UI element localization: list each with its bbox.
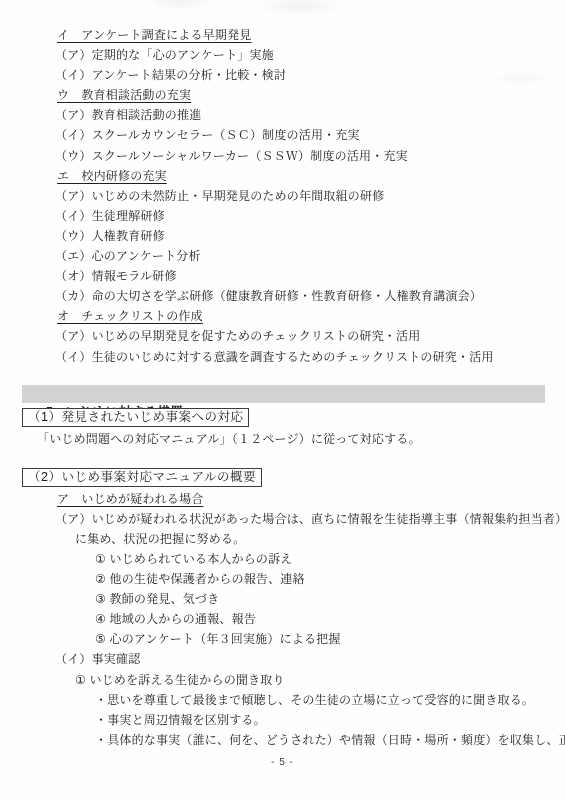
outline-heading-line: ウ 教育相談活動の充実	[57, 85, 565, 105]
outline-line: （ア）いじめが疑われる状況があった場合は、直ちに情報を生徒指導主事（情報集約担当…	[55, 509, 565, 529]
outline-line: （ア）定期的な「心のアンケート」実施	[55, 45, 565, 65]
sub2-outline-section: ア いじめが疑われる場合（ア）いじめが疑われる状況があった場合は、直ちに情報を生…	[0, 489, 565, 750]
sub1-box-row: （1）発見されたいじめ事案への対応	[22, 408, 565, 427]
outline-line: ① いじめられている本人からの訴え	[95, 549, 565, 569]
outline-line: （イ）生徒のいじめに対する意識を調査するためのチェックリストの研究・活用	[55, 347, 565, 367]
page-number: - 5 -	[0, 757, 565, 768]
outline-line: （イ）事実確認	[55, 649, 565, 669]
outline-line: （イ）アンケート結果の分析・比較・検討	[55, 65, 565, 85]
outline-line: （カ）命の大切さを学ぶ研修（健康教育研修・性教育研修・人権教育講演会）	[55, 286, 565, 306]
outline-line: （エ）心のアンケート分析	[55, 246, 565, 266]
document-page: イ アンケート調査による早期発見（ア）定期的な「心のアンケート」実施（イ）アンケ…	[0, 0, 565, 800]
outline-line: ③ 教師の発見、気づき	[95, 589, 565, 609]
outline-line: ② 他の生徒や保護者からの報告、連絡	[95, 569, 565, 589]
outline-line: （ウ）スクールソーシャルワーカー（ＳＳＷ）制度の活用・充実	[55, 146, 565, 166]
outline-heading-line: イ アンケート調査による早期発見	[57, 25, 565, 45]
outline-top-section: イ アンケート調査による早期発見（ア）定期的な「心のアンケート」実施（イ）アンケ…	[0, 25, 565, 367]
outline-line: （イ）スクールカウンセラー（ＳＣ）制度の活用・充実	[55, 125, 565, 145]
outline-line: （イ）生徒理解研修	[55, 206, 565, 226]
outline-line: ④ 地域の人からの通報、報告	[95, 609, 565, 629]
outline-line: （ア）教育相談活動の推進	[55, 105, 565, 125]
section5-heading-bar: 5 いじめに対する措置	[22, 385, 545, 403]
sub2-boxed-heading: （2）いじめ事案対応マニュアルの概要	[22, 468, 262, 487]
outline-line: ⑤ 心のアンケート（年３回実施）による把握	[95, 629, 565, 649]
outline-line: （ア）いじめの未然防止・早期発見のための年間取組の研修	[55, 186, 565, 206]
sub1-body-text: 「いじめ問題への対応マニュアル」（１２ページ）に従って対応する。	[37, 429, 565, 449]
outline-line: ① いじめを訴える生徒からの聞き取り	[75, 670, 565, 690]
sub2-box-row: （2）いじめ事案対応マニュアルの概要	[22, 468, 565, 487]
outline-line: （ア）いじめの早期発見を促すためのチェックリストの研究・活用	[55, 326, 565, 346]
outline-line: に集め、状況の把握に努める。	[75, 529, 565, 549]
outline-line: （オ）情報モラル研修	[55, 266, 565, 286]
outline-line: （ウ）人権教育研修	[55, 226, 565, 246]
sub1-boxed-heading: （1）発見されたいじめ事案への対応	[22, 408, 249, 427]
outline-line: ・思いを尊重して最後まで傾聴し、その生徒の立場に立って受容的に聞き取る。	[95, 690, 565, 710]
outline-line: ・事実と周辺情報を区別する。	[95, 710, 565, 730]
outline-heading-line: オ チェックリストの作成	[57, 306, 565, 326]
outline-heading-line: ア いじめが疑われる場合	[57, 489, 565, 509]
outline-line: ・具体的な事実（誰に、何を、どうされた）や情報（日時・場所・頻度）を収集し、正	[95, 730, 565, 750]
outline-heading-line: エ 校内研修の充実	[57, 166, 565, 186]
